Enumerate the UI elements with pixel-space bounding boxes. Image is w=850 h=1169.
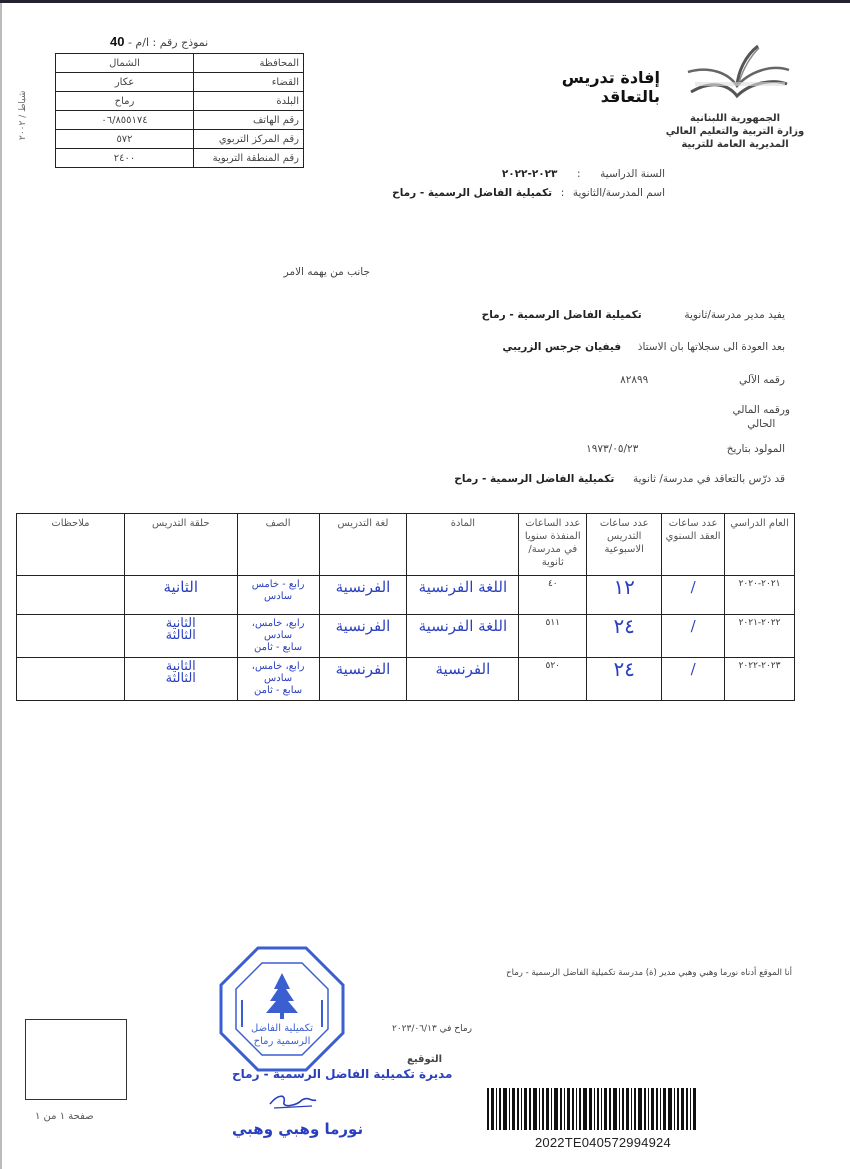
cell-cycle: الثانيةالثالثة <box>124 658 237 701</box>
column-header: عدد الساعات المنفذة سنويا في مدرسة/ثانوي… <box>519 514 587 576</box>
info-value: ٢٤٠٠ <box>56 149 194 168</box>
column-header: عدد ساعات العقد السنوي <box>662 514 725 576</box>
cell-class: رابع، خامس، سادسسابع - ثامن <box>237 615 319 658</box>
cell-cycle: الثانية <box>124 576 237 615</box>
scan-top-edge <box>0 0 850 3</box>
info-value: عكار <box>56 73 194 92</box>
location-info-table: المحافظةالشمال القضاءعكار البلدةرماح رقم… <box>55 53 304 168</box>
teacher-label: بعد العودة الى سجلاتها بان الاستاذ <box>638 341 785 353</box>
cell-contract-hours: / <box>662 576 725 615</box>
financial-number-row: ورقمه المالي الحالي <box>732 403 790 431</box>
signature-scribble-icon <box>268 1090 318 1112</box>
teacher-name-value: فيفيان جرجس الزريبي <box>502 341 621 353</box>
table-row: ٢٠٢١-٢٠٢٠ / ١٢ ٤٠ اللغة الفرنسية الفرنسي… <box>17 576 795 615</box>
stamp-text: تكميلية الفاضل الرسمية رماح <box>238 1022 326 1048</box>
table-row: القضاءعكار <box>56 73 304 92</box>
cell-annual-hours: ٥١١ <box>519 615 587 658</box>
academic-year-value: ٢٠٢٣-٢٠٢٢ <box>502 168 558 180</box>
class-line-2: سابع - ثامن <box>240 685 317 697</box>
cell-weekly-hours: ٢٤ <box>587 658 662 701</box>
stamp-line-2: الرسمية رماح <box>238 1035 326 1048</box>
cell-weekly-hours: ١٢ <box>587 576 662 615</box>
table-row: البلدةرماح <box>56 92 304 111</box>
info-label: المحافظة <box>194 54 304 73</box>
birth-date-row: المولود بتاريخ ١٩٧٣/٠٥/٢٣ <box>586 443 785 455</box>
cell-notes <box>17 576 125 615</box>
page-number: صفحة ١ من ١ <box>35 1111 94 1122</box>
class-line-2: سابع - ثامن <box>240 642 317 654</box>
form-number-value: 40 <box>110 34 124 49</box>
auto-number-value: ٨٢٨٩٩ <box>620 374 648 386</box>
info-value: الشمال <box>56 54 194 73</box>
ministry-line-2: وزارة التربية والتعليم العالي <box>660 125 810 138</box>
form-number-label: نموذج رقم : <box>153 36 209 49</box>
class-line-1: رابع، خامس، سادس <box>240 661 317 685</box>
stamp-line-1: تكميلية الفاضل <box>238 1022 326 1035</box>
ministry-line-1: الجمهورية اللبنانية <box>660 112 810 125</box>
info-value: رماح <box>56 92 194 111</box>
table-row: رقم المركز التربوي٥٧٢ <box>56 130 304 149</box>
cell-language: الفرنسية <box>319 658 407 701</box>
taught-at-label: قد درّس بالتعاقد في مدرسة/ ثانوية <box>633 473 785 485</box>
cell-language: الفرنسية <box>319 615 407 658</box>
director-row: يفيد مدير مدرسة/ثانوية تكميلية الفاضل ال… <box>482 309 785 321</box>
cycle-line-1: الثانية <box>127 579 235 595</box>
school-name-value: تكميلية الفاضل الرسمية - رماح <box>392 187 552 199</box>
place-date: رماح في ٢٠٢٣/٠٦/١٣ <box>392 1024 472 1034</box>
separator: : <box>561 168 597 180</box>
signer-title: مديرة تكميلية الفاضل الرسمية - رماح <box>232 1067 452 1081</box>
cycle-line-2: الثالثة <box>127 673 235 685</box>
cell-class: رابع، خامس، سادسسابع - ثامن <box>237 658 319 701</box>
cell-year: ٢٠٢١-٢٠٢٠ <box>725 576 795 615</box>
cell-subject: اللغة الفرنسية <box>407 576 519 615</box>
table-header-row: العام الدراسي عدد ساعات العقد السنوي عدد… <box>17 514 795 576</box>
director-school-value: تكميلية الفاضل الرسمية - رماح <box>482 309 642 321</box>
form-number: نموذج رقم : ا/م - 40 <box>110 34 208 49</box>
class-line-1: رابع، خامس، سادس <box>240 618 317 642</box>
column-header: المادة <box>407 514 519 576</box>
table-row: المحافظةالشمال <box>56 54 304 73</box>
cell-language: الفرنسية <box>319 576 407 615</box>
column-header: الصف <box>237 514 319 576</box>
cell-subject: اللغة الفرنسية <box>407 615 519 658</box>
cell-year: ٢٠٢٣-٢٠٢٢ <box>725 658 795 701</box>
salutation: جانب من يهمه الامر <box>284 266 370 278</box>
table-row: رقم المنطقة التربوية٢٤٠٠ <box>56 149 304 168</box>
table-row: رقم الهاتف٠٦/٨٥٥١٧٤ <box>56 111 304 130</box>
taught-at-row: قد درّس بالتعاقد في مدرسة/ ثانوية تكميلي… <box>454 473 785 485</box>
teaching-history-table: العام الدراسي عدد ساعات العقد السنوي عدد… <box>16 513 795 701</box>
auto-number-row: رقمه الآلي ٨٢٨٩٩ <box>620 374 785 386</box>
birth-date-label: المولود بتاريخ <box>705 443 785 455</box>
info-label: القضاء <box>194 73 304 92</box>
column-header: ملاحظات <box>17 514 125 576</box>
barcode-icon <box>487 1088 793 1130</box>
academic-year-row: السنة الدراسية : ٢٠٢٣-٢٠٢٢ <box>502 168 665 180</box>
taught-at-school-value: تكميلية الفاضل الرسمية - رماح <box>454 473 614 485</box>
scan-left-edge <box>0 3 2 1169</box>
cell-contract-hours: / <box>662 658 725 701</box>
cell-annual-hours: ٤٠ <box>519 576 587 615</box>
cell-annual-hours: ٥٢٠ <box>519 658 587 701</box>
barcode-number: 2022TE040572994924 <box>535 1135 671 1150</box>
cell-cycle: الثانيةالثالثة <box>124 615 237 658</box>
column-header: لغة التدريس <box>319 514 407 576</box>
info-label: رقم المركز التربوي <box>194 130 304 149</box>
book-logo-icon <box>683 44 793 104</box>
cell-class: رابع - خامسسادس <box>237 576 319 615</box>
academic-year-label: السنة الدراسية <box>600 168 665 180</box>
info-label: رقم المنطقة التربوية <box>194 149 304 168</box>
birth-date-value: ١٩٧٣/٠٥/٢٣ <box>586 443 638 455</box>
blank-photo-box <box>25 1019 127 1100</box>
class-line-2: سادس <box>240 591 317 603</box>
column-header: العام الدراسي <box>725 514 795 576</box>
ministry-line-3: المديرية العامة للتربية <box>660 138 810 151</box>
side-note: شباط / ٢٠٠٢ <box>18 91 28 140</box>
page-title: إفادة تدريس بالتعاقد <box>510 68 660 106</box>
official-stamp-icon <box>218 945 346 1073</box>
class-line-1: رابع - خامس <box>240 579 317 591</box>
school-name-label: اسم المدرسة/الثانوية <box>573 187 665 199</box>
cell-notes <box>17 658 125 701</box>
table-row: ٢٠٢٢-٢٠٢١ / ٢٤ ٥١١ اللغة الفرنسية الفرنس… <box>17 615 795 658</box>
signer-name: نورما وهبي وهبي <box>232 1120 363 1138</box>
column-header: عدد ساعات التدريس الاسبوعية <box>587 514 662 576</box>
financial-number-label-2: الحالي <box>732 417 790 431</box>
info-value: ٥٧٢ <box>56 130 194 149</box>
ministry-header: الجمهورية اللبنانية وزارة التربية والتعل… <box>660 112 810 151</box>
cell-year: ٢٠٢٢-٢٠٢١ <box>725 615 795 658</box>
info-value: ٠٦/٨٥٥١٧٤ <box>56 111 194 130</box>
info-label: البلدة <box>194 92 304 111</box>
auto-number-label: رقمه الآلي <box>705 374 785 386</box>
cell-notes <box>17 615 125 658</box>
cell-contract-hours: / <box>662 615 725 658</box>
info-label: رقم الهاتف <box>194 111 304 130</box>
financial-number-label-1: ورقمه المالي <box>732 403 790 417</box>
table-row: ٢٠٢٣-٢٠٢٢ / ٢٤ ٥٢٠ الفرنسية الفرنسية راب… <box>17 658 795 701</box>
form-number-prefix: ا/م - <box>128 36 149 49</box>
column-header: حلقة التدريس <box>124 514 237 576</box>
cell-subject: الفرنسية <box>407 658 519 701</box>
director-label: يفيد مدير مدرسة/ثانوية <box>684 309 785 321</box>
cycle-line-2: الثالثة <box>127 630 235 642</box>
school-name-row: اسم المدرسة/الثانوية : تكميلية الفاضل ال… <box>392 187 665 199</box>
signature-label: التوقيع <box>407 1054 442 1065</box>
teacher-row: بعد العودة الى سجلاتها بان الاستاذ فيفيا… <box>502 341 785 353</box>
separator: : <box>555 187 569 199</box>
cell-weekly-hours: ٢٤ <box>587 615 662 658</box>
declaration-text: أنا الموقع أدناه نورما وهبي وهبي مدير (ة… <box>506 968 792 978</box>
